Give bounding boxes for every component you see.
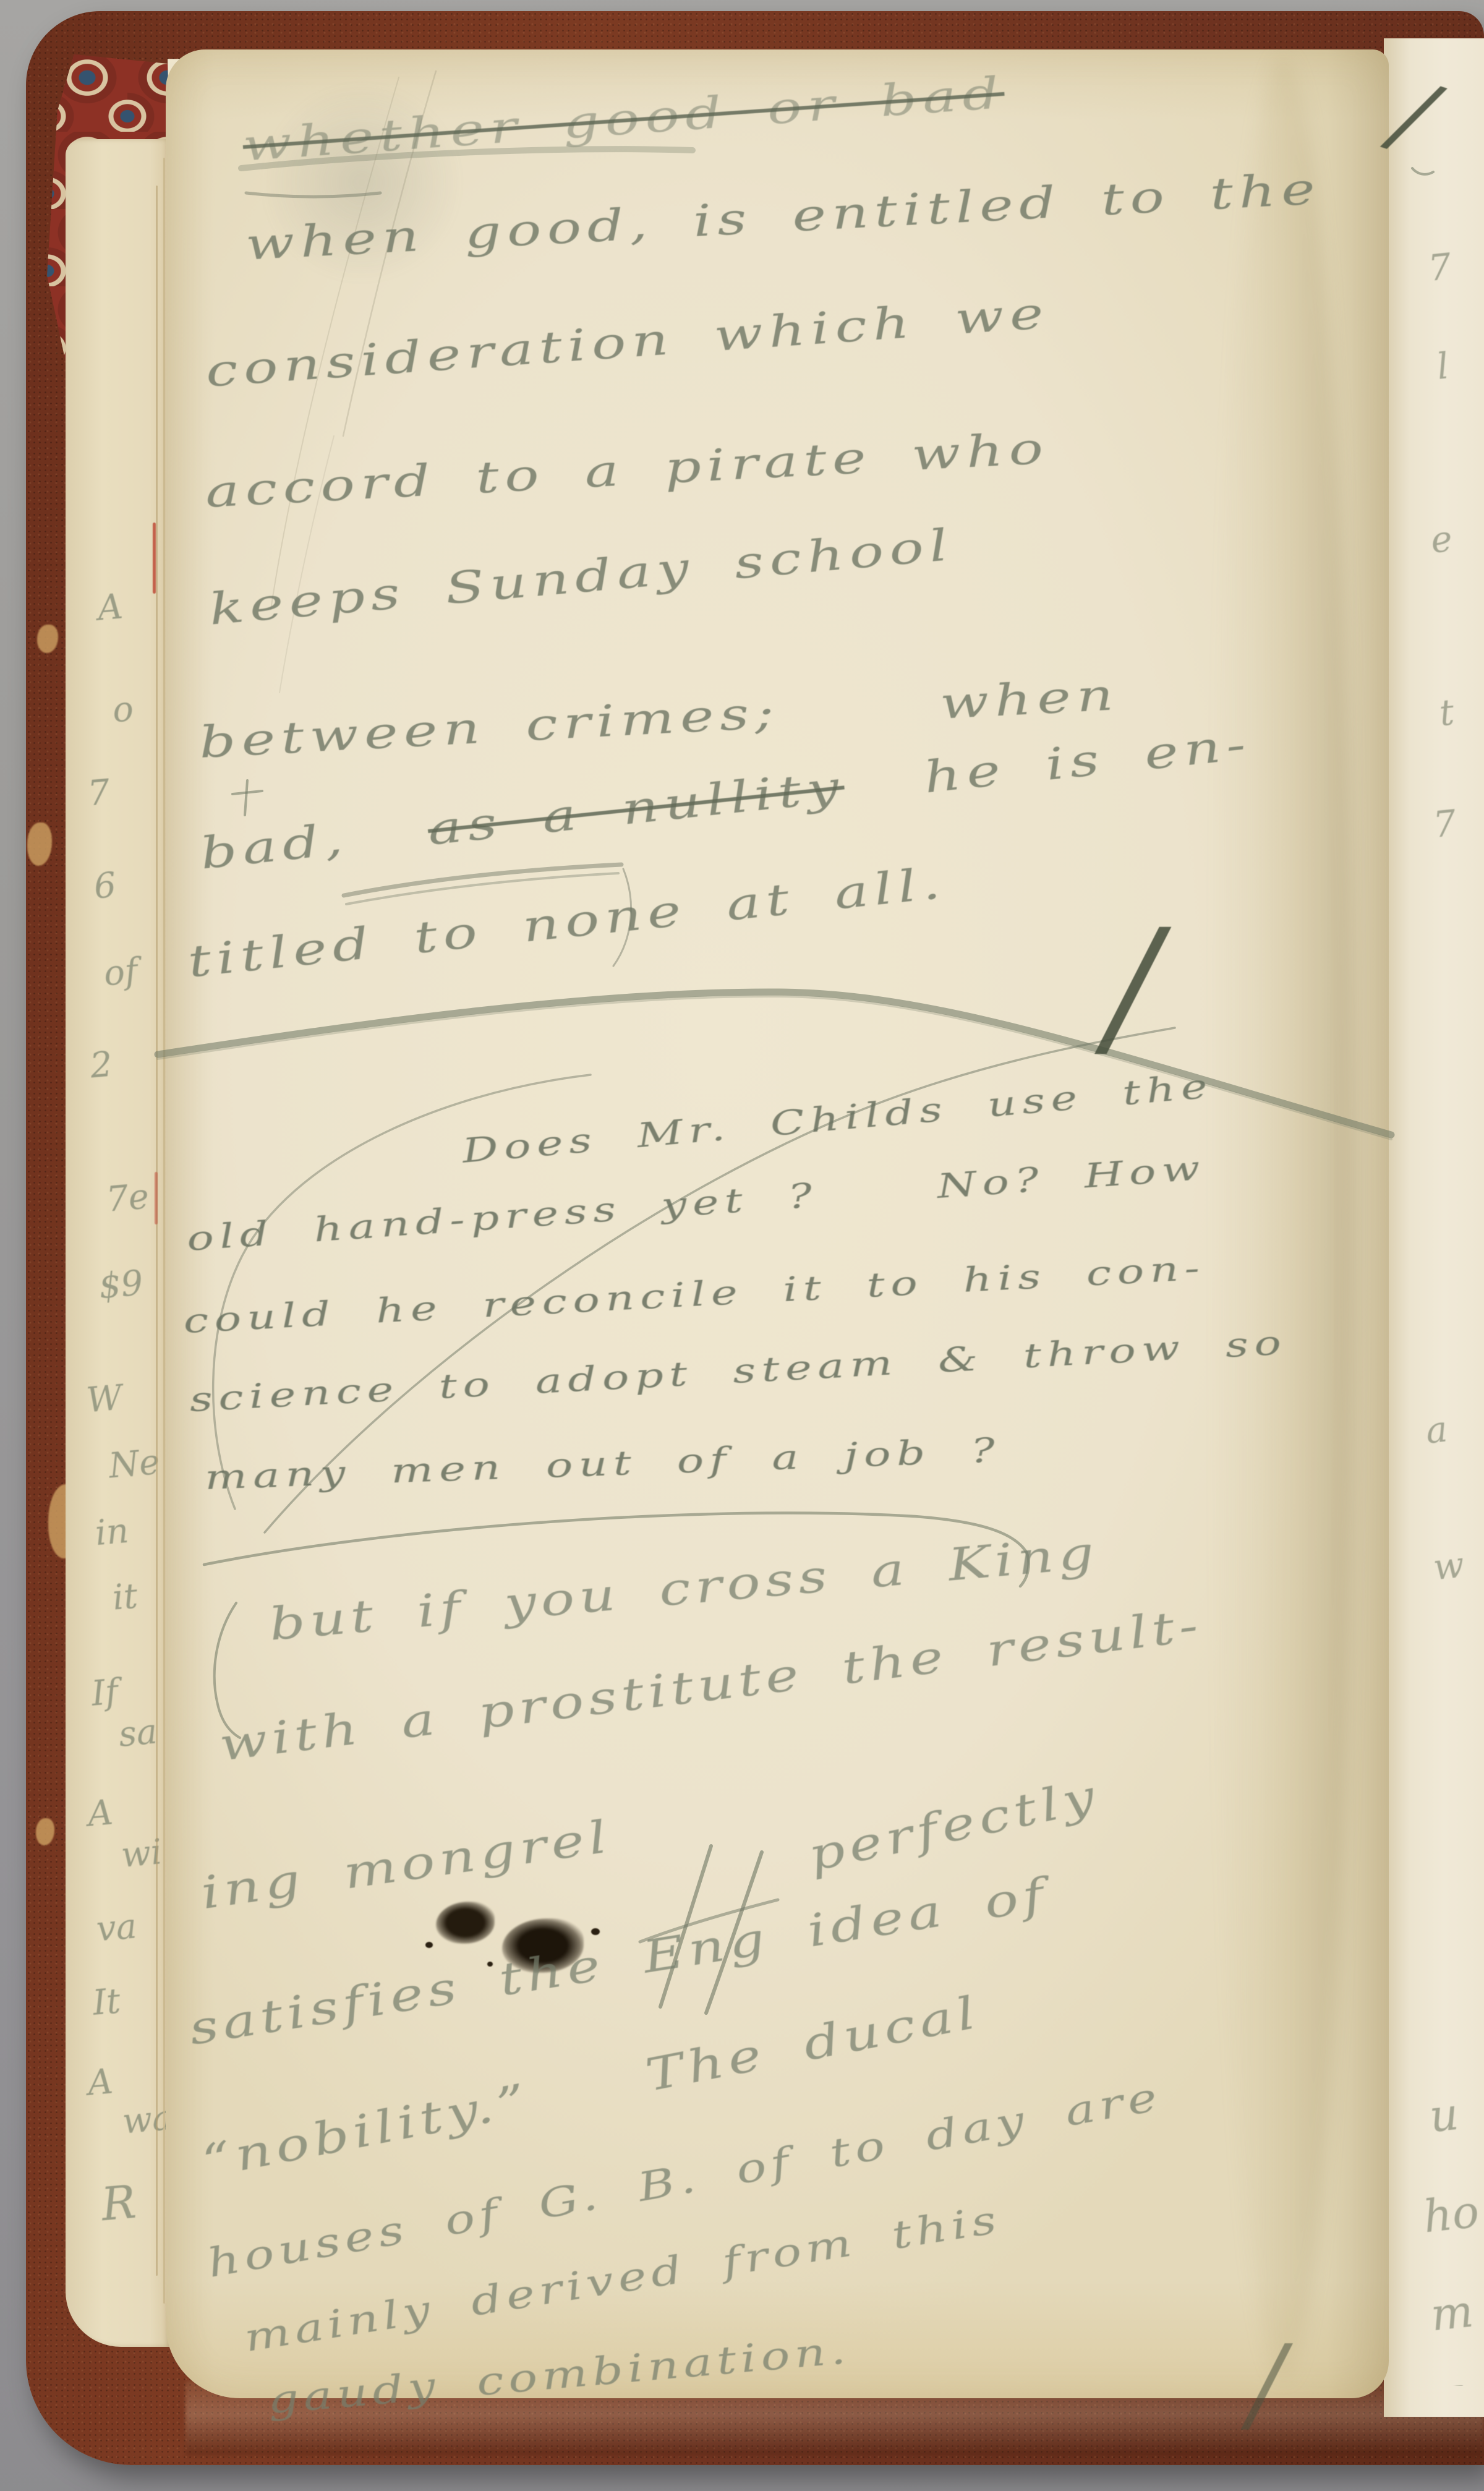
facing-slash-hook bbox=[1412, 168, 1433, 174]
ink-speck bbox=[591, 1928, 600, 1935]
nullity-scribble bbox=[344, 865, 621, 895]
photo-background: A o 7 6 of 2 7e $9 W Ne in it If sa A wi… bbox=[0, 0, 1484, 2491]
whether-underline bbox=[246, 193, 380, 197]
use-slash-mark: / bbox=[1107, 909, 1159, 1064]
cross-mark bbox=[232, 791, 262, 794]
use-slash-mark: / bbox=[1249, 2331, 1284, 2437]
cross-mark bbox=[245, 780, 247, 815]
ink-speck bbox=[425, 1942, 433, 1948]
